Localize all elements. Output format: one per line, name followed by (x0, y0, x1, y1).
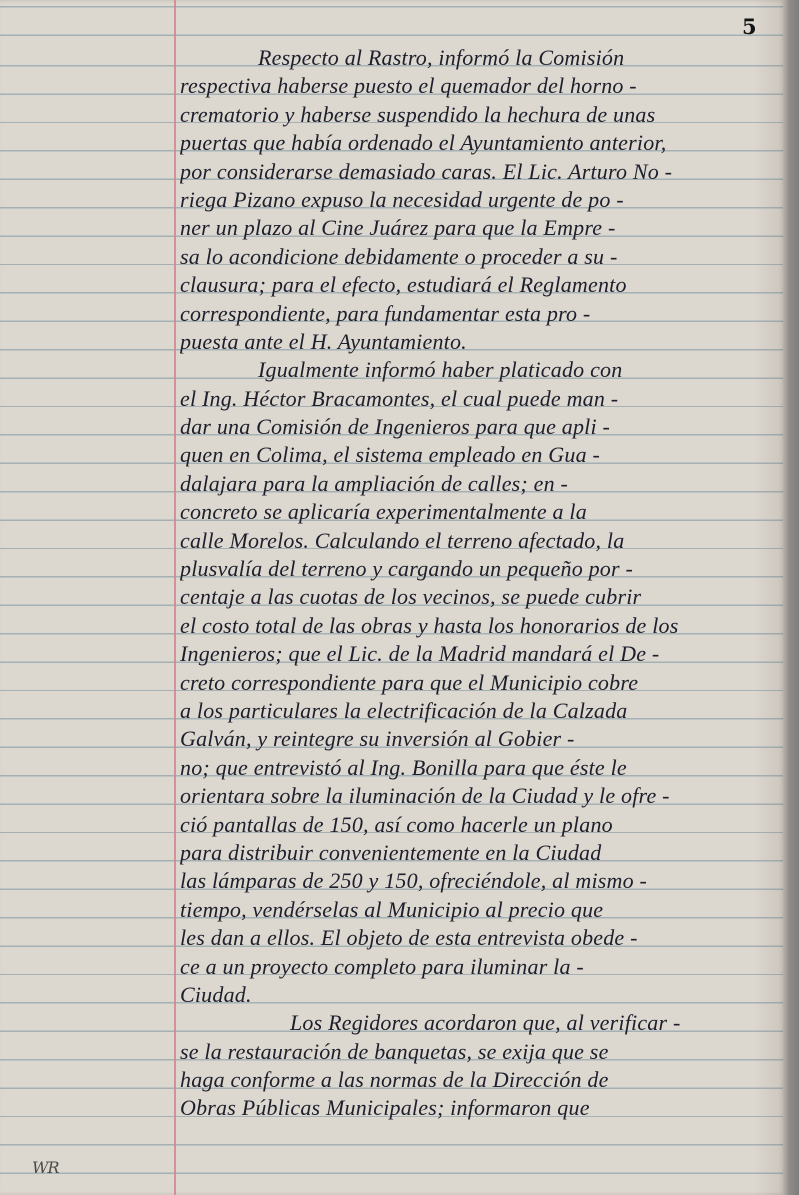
ledger-page: 5 WR Respecto al Rastro, informó la Comi… (0, 0, 786, 1195)
text-line: a los particulares la electrificación de… (180, 697, 780, 725)
text-line: ner un plazo al Cine Juárez para que la … (180, 214, 780, 242)
page-number: 5 (742, 14, 757, 39)
text-line: para distribuir convenientemente en la C… (180, 839, 780, 867)
text-line: ce a un proyecto completo para iluminar … (180, 953, 780, 981)
text-line: orientara sobre la iluminación de la Ciu… (180, 782, 780, 810)
text-line: concreto se aplicaría experimentalmente … (180, 498, 780, 526)
text-line: las lámparas de 250 y 150, ofreciéndole,… (180, 867, 780, 895)
text-line: calle Morelos. Calculando el terreno afe… (180, 527, 780, 555)
text-line: no; que entrevistó al Ing. Bonilla para … (180, 754, 780, 782)
text-line: plusvalía del terreno y cargando un pequ… (180, 555, 780, 583)
text-line: Galván, y reintegre su inversión al Gobi… (180, 725, 780, 753)
text-line: quen en Colima, el sistema empleado en G… (180, 441, 780, 469)
text-line: tiempo, vendérselas al Municipio al prec… (180, 896, 780, 924)
text-line: por considerarse demasiado caras. El Lic… (180, 158, 780, 186)
text-line: riega Pizano expuso la necesidad urgente… (180, 186, 780, 214)
margin-initials: WR (32, 1158, 59, 1177)
text-line: el Ing. Héctor Bracamontes, el cual pued… (180, 385, 780, 413)
handwritten-text-block: Respecto al Rastro, informó la Comisión … (180, 44, 780, 1123)
text-line: correspondiente, para fundamentar esta p… (180, 300, 780, 328)
text-line: les dan a ellos. El objeto de esta entre… (180, 924, 780, 952)
text-line: puertas que había ordenado el Ayuntamien… (180, 129, 780, 157)
text-line: se la restauración de banquetas, se exij… (180, 1038, 780, 1066)
text-line: respectiva haberse puesto el quemador de… (180, 72, 780, 100)
text-line: Ingenieros; que el Lic. de la Madrid man… (180, 640, 780, 668)
text-line: dar una Comisión de Ingenieros para que … (180, 413, 780, 441)
text-line: Los Regidores acordaron que, al verifica… (180, 1009, 780, 1037)
text-line: Respecto al Rastro, informó la Comisión (180, 44, 780, 72)
text-line: Obras Públicas Municipales; informaron q… (180, 1094, 780, 1122)
red-margin-line (174, 0, 176, 1195)
text-line: haga conforme a las normas de la Direcci… (180, 1066, 780, 1094)
text-line: sa lo acondicione debidamente o proceder… (180, 243, 780, 271)
text-line: Ciudad. (180, 981, 780, 1009)
text-line: el costo total de las obras y hasta los … (180, 612, 780, 640)
text-line: ció pantallas de 150, así como hacerle u… (180, 811, 780, 839)
text-line: dalajara para la ampliación de calles; e… (180, 470, 780, 498)
text-line: clausura; para el efecto, estudiará el R… (180, 271, 780, 299)
page-edge (783, 0, 799, 1195)
text-line: centaje a las cuotas de los vecinos, se … (180, 583, 780, 611)
text-line: Igualmente informó haber platicado con (180, 356, 780, 384)
text-line: crematorio y haberse suspendido la hechu… (180, 101, 780, 129)
text-line: puesta ante el H. Ayuntamiento. (180, 328, 780, 356)
text-line: creto correspondiente para que el Munici… (180, 669, 780, 697)
